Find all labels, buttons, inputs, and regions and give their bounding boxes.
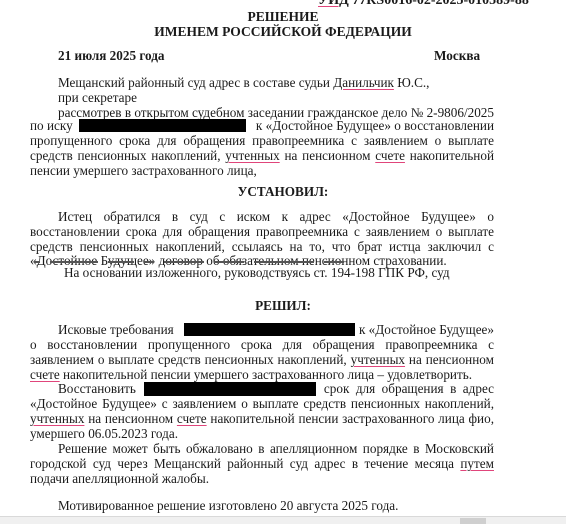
decided-p2-line-4: умершего 06.05.2023 года.: [30, 426, 178, 441]
case-uid: УИД 77RS0016-02-2025-010589-88: [318, 0, 529, 8]
decided-p2-line-3: учтенных на пенсионном счете накопительн…: [30, 411, 494, 426]
document-subtitle: ИМЕНЕМ РОССИЙСКОЙ ФЕДЕРАЦИИ: [0, 24, 566, 39]
scrollbar-thumb[interactable]: [460, 518, 486, 524]
decision-city: Москва: [434, 48, 480, 63]
established-line-3: средств пенсионных накоплений, ссылаясь …: [30, 239, 494, 254]
redacted-plaintiff-name-2: [184, 323, 355, 336]
document-page: УИД 77RS0016-02-2025-010589-88 РЕШЕНИЕ И…: [0, 0, 566, 516]
decided-heading: РЕШИЛ:: [0, 298, 566, 313]
decided-p2-line-1: Восстановить срок для обращения в адрес: [58, 381, 494, 396]
decided-p1-line-3: заявлением о выплате средств пенсионных …: [30, 352, 494, 367]
redacted-plaintiff-name-3: [144, 382, 316, 396]
decided-p1-line-4: счете накопительной пенсии умершего заст…: [30, 367, 472, 382]
redacted-plaintiff-name: [79, 119, 246, 132]
established-line-1: Истец обратился в суд с иском к адрес «Д…: [58, 209, 494, 224]
uid-value: 77RS0016-02-2025-010589-88: [352, 0, 529, 8]
intro-line-5: пропущенного срока для обращения правопр…: [30, 133, 494, 148]
intro-line-6: средств пенсионных накоплений, учтенных …: [30, 148, 494, 163]
decided-p1-line-1: Исковые требования к «Достойное Будущее»: [58, 322, 494, 337]
established-line-5: На основании изложенного, руководствуясь…: [64, 265, 450, 280]
judge-name: Данильчик: [333, 75, 394, 90]
decided-p3-line-1: Решение может быть обжаловано в апелляци…: [58, 441, 494, 456]
reasoned-decision-note: Мотивированное решение изготовлено 20 ав…: [58, 498, 398, 513]
established-line-2: восстановлении срока для обращения право…: [30, 224, 494, 239]
document-title: РЕШЕНИЕ: [0, 9, 566, 24]
decided-p3-line-3: подачи апелляционной жалобы.: [30, 471, 209, 486]
decision-date: 21 июля 2025 года: [58, 48, 164, 63]
intro-line-1: Мещанский районный суд адрес в составе с…: [58, 75, 429, 90]
intro-line-2: при секретаре: [58, 90, 137, 105]
intro-line-4: по иску к «Достойное Будущее» о восстано…: [30, 118, 494, 133]
decided-p1-line-2: о восстановлении пропущенного срока для …: [30, 337, 494, 352]
established-heading: УСТАНОВИЛ:: [0, 184, 566, 199]
uid-label: УИД: [318, 0, 349, 8]
decided-p3-line-2: городской суд через Мещанский районный с…: [30, 456, 494, 471]
decided-p2-line-2: «Достойное Будущее» с заявлением о выпла…: [30, 396, 494, 411]
intro-line-7: пенсии умершего застрахованного лица,: [30, 163, 257, 178]
